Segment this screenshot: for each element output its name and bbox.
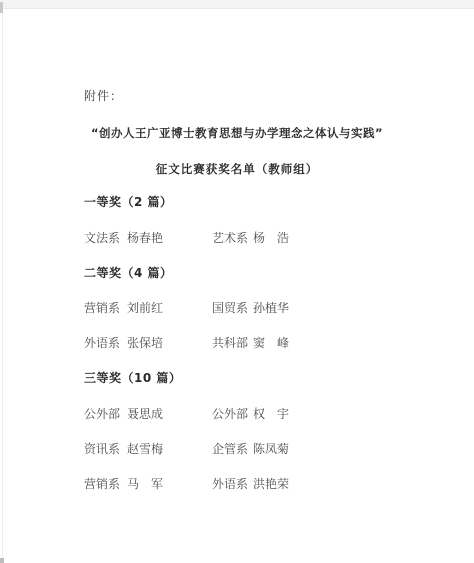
winner-dept: 资讯系 (84, 442, 127, 456)
winner-row: 公外部 聂思成 公外部 权 宇 (84, 407, 474, 421)
winner-name: 陈凤菊 (253, 442, 474, 456)
winner-dept: 文法系 (84, 231, 127, 245)
winner-row: 资讯系 赵雪梅 企管系 陈凤菊 (84, 442, 474, 456)
section-heading-third-prize: 三等奖（10 篇） (84, 371, 181, 385)
winner-dept: 营销系 (84, 301, 127, 315)
winner-name: 杨 浩 (253, 231, 474, 245)
winner-row: 文法系 杨春艳 艺术系 杨 浩 (84, 231, 474, 245)
winner-dept: 企管系 (212, 442, 253, 456)
winner-name: 刘前红 (127, 301, 212, 315)
winner-dept: 外语系 (212, 477, 253, 491)
winner-name: 孙植华 (253, 301, 474, 315)
winner-dept: 共科部 (212, 336, 253, 350)
winner-name: 权 宇 (253, 407, 474, 421)
section-heading-second-prize: 二等奖（4 篇） (84, 266, 173, 280)
winner-row: 营销系 马 军 外语系 洪艳荣 (84, 477, 474, 491)
winner-row: 外语系 张保培 共科部 窦 峰 (84, 336, 474, 350)
winner-name: 洪艳荣 (253, 477, 474, 491)
winner-dept: 艺术系 (212, 231, 253, 245)
winner-name: 杨春艳 (127, 231, 212, 245)
section-heading-first-prize: 一等奖（2 篇） (84, 195, 173, 209)
scan-left-edge (2, 8, 3, 563)
winner-name: 张保培 (127, 336, 212, 350)
winner-dept: 营销系 (84, 477, 127, 491)
scan-corner-mark-top (0, 2, 3, 13)
winner-name: 窦 峰 (253, 336, 474, 350)
document-title: “创办人王广亚博士教育思想与办学理念之体认与实践” (0, 126, 474, 140)
scan-top-edge (0, 0, 474, 9)
winner-dept: 外语系 (84, 336, 127, 350)
winner-row: 营销系 刘前红 国贸系 孙植华 (84, 301, 474, 315)
winner-dept: 公外部 (212, 407, 253, 421)
document-page: 附件： “创办人王广亚博士教育思想与办学理念之体认与实践” 征文比赛获奖名单（教… (0, 0, 474, 563)
winner-name: 马 军 (127, 477, 212, 491)
attachment-label: 附件： (84, 89, 123, 103)
winner-dept: 公外部 (84, 407, 127, 421)
winner-name: 赵雪梅 (127, 442, 212, 456)
document-subtitle: 征文比赛获奖名单（教师组） (0, 162, 474, 176)
scan-corner-mark-bottom (0, 558, 4, 563)
winner-dept: 国贸系 (212, 301, 253, 315)
winner-name: 聂思成 (127, 407, 212, 421)
